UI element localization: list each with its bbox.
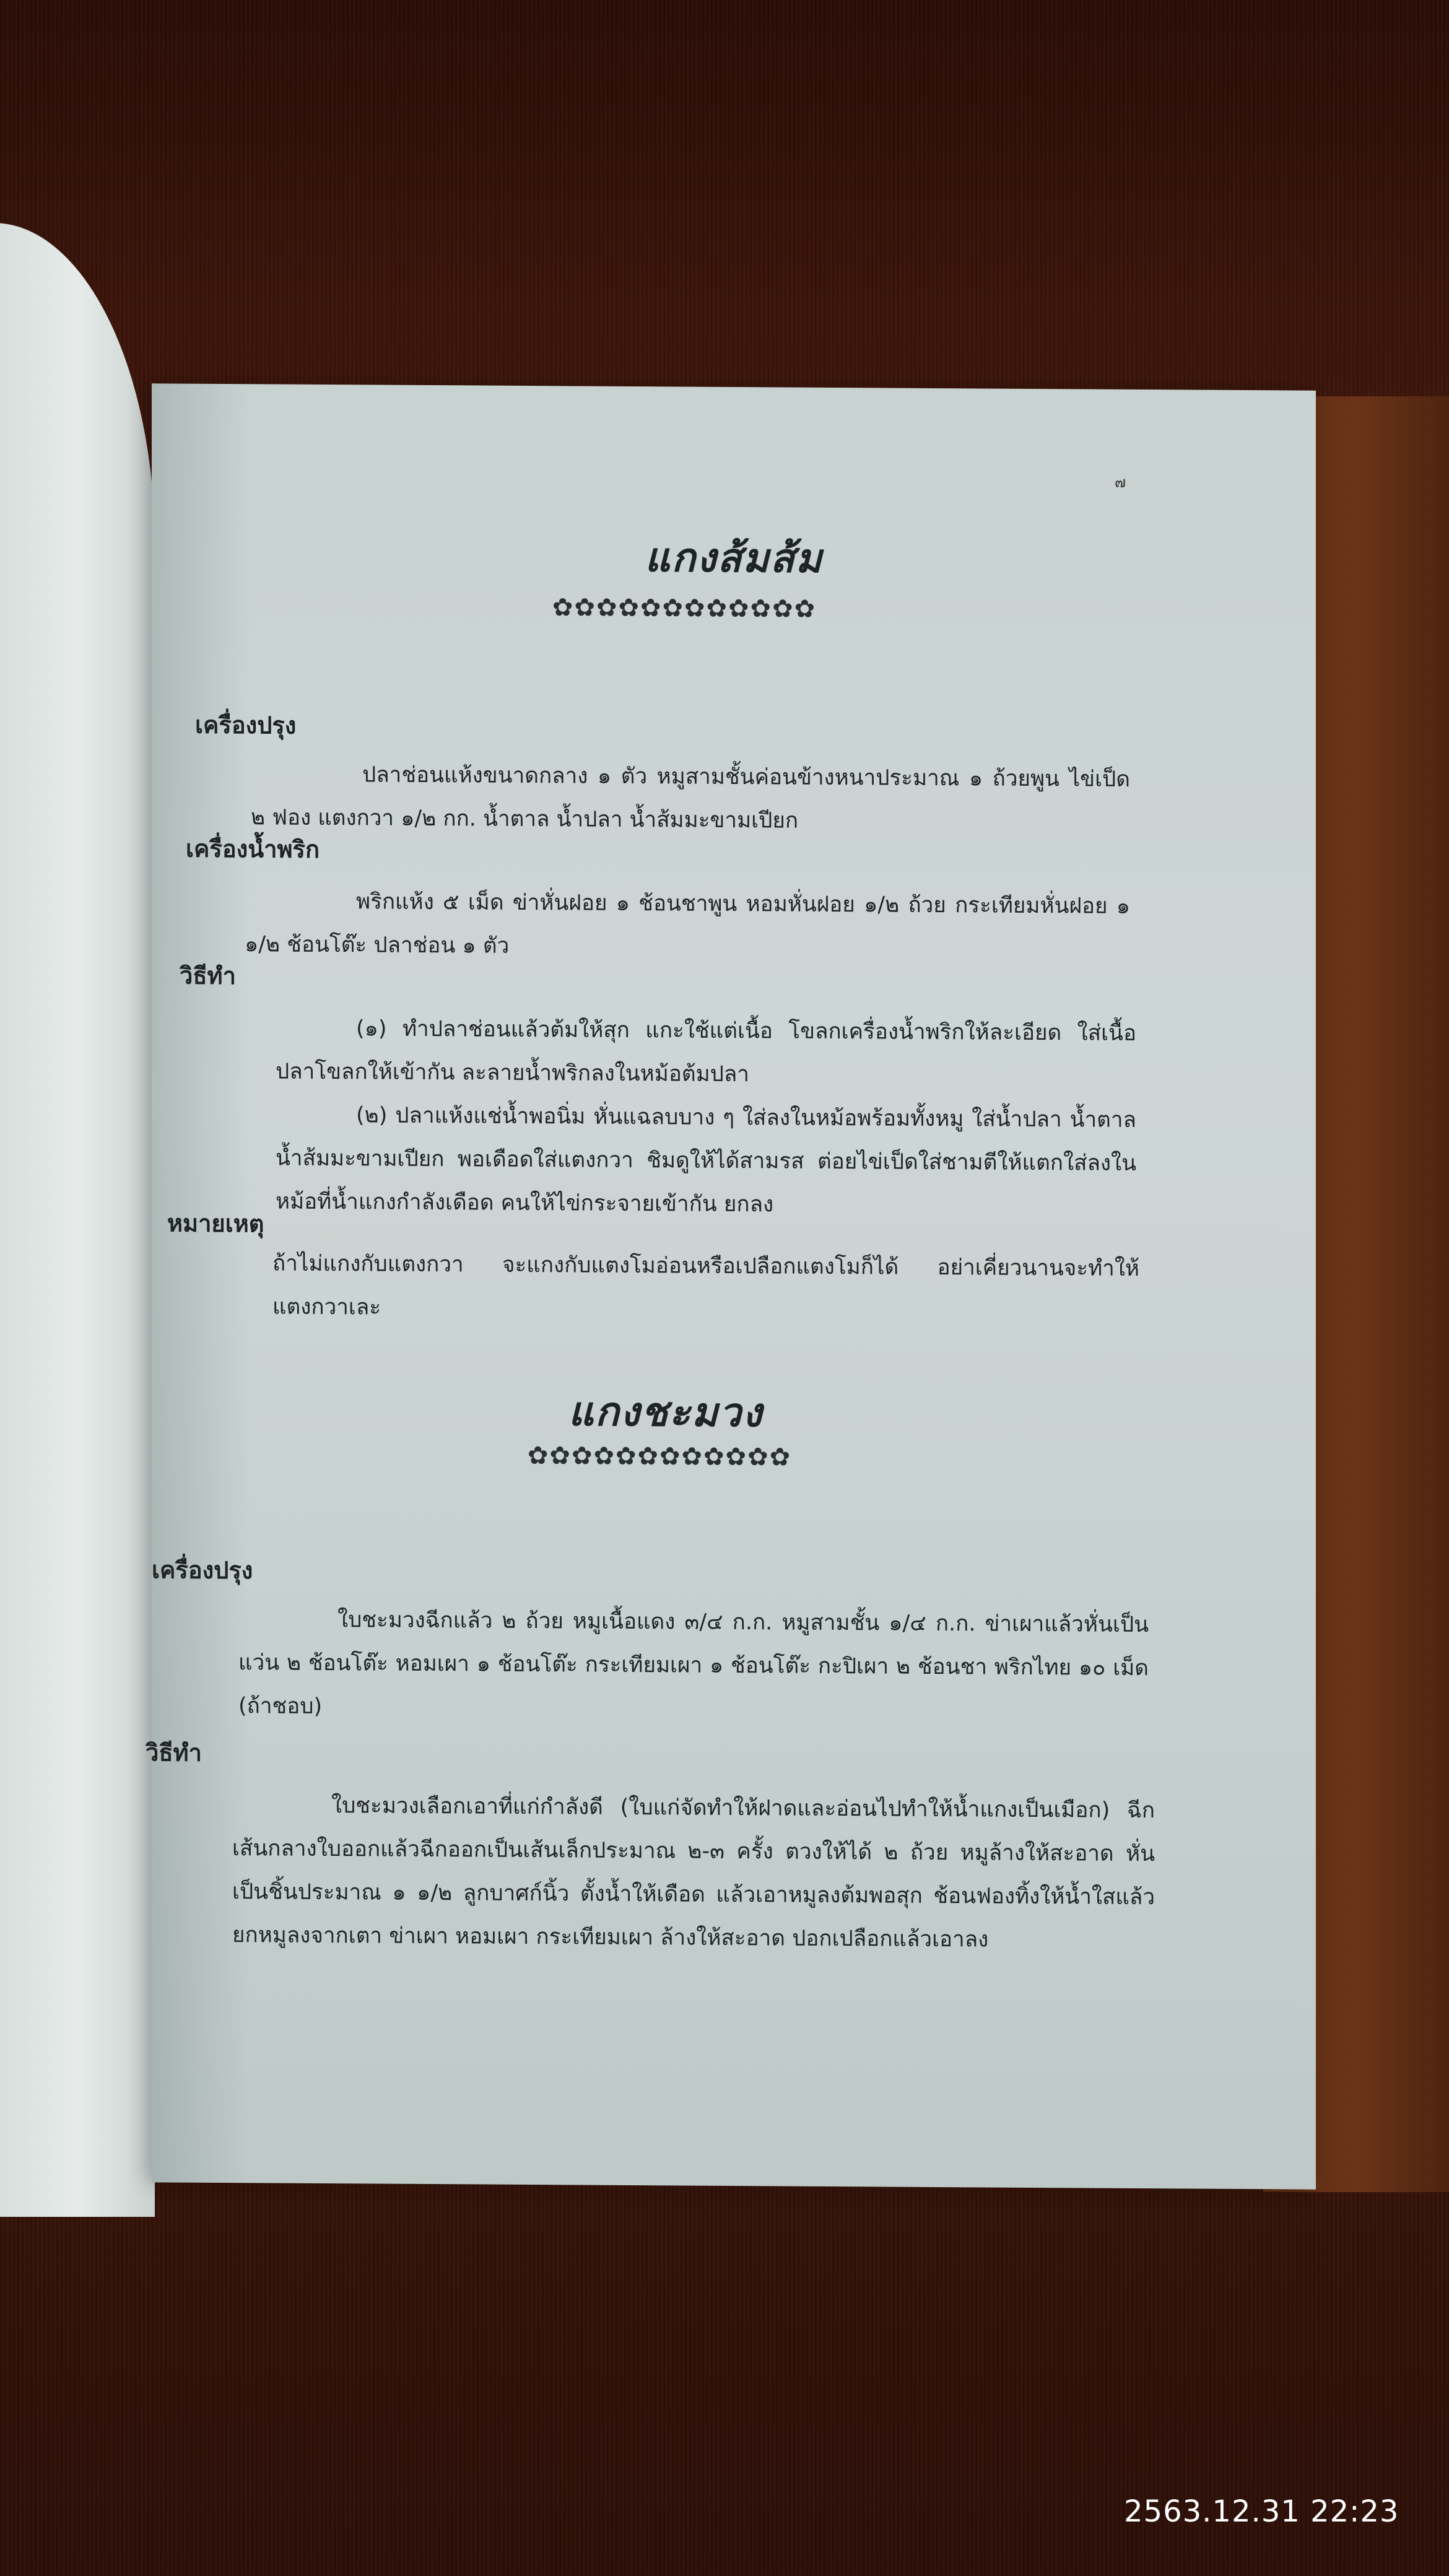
book-page: ๗ แกงส้มส้ม ✿✿✿✿✿✿✿✿✿✿✿✿ เครื่องปรุง ปลา… [152,383,1316,2189]
recipe-title: แกงชะมวง [84,1377,1248,1447]
section-heading-method: วิธีทำ [146,1733,202,1772]
curled-page-edge [0,223,155,2217]
method-text: ใบชะมวงเลือกเอาที่แก่กำลังดี (ใบแก่จัดทำ… [232,1783,1155,1962]
section-heading-method: วิธีทำ [180,957,236,995]
flower-ornament-divider: ✿✿✿✿✿✿✿✿✿✿✿✿ [102,591,1266,626]
note-text: ถ้าไม่แกงกับแตงกวา จะแกงกับแตงโมอ่อนหรือ… [272,1242,1139,1334]
section-heading-ingredients: เครื่องปรุง [195,706,296,744]
method-step-1: (๑) ทำปลาช่อนแล้วต้มให้สุก แกะใช้แต่เนื้… [276,1006,1136,1098]
ingredients-text: ปลาช่อนแห้งขนาดกลาง ๑ ตัว หมูสามชั้นค่อน… [251,752,1130,845]
section-heading-note: หมายเหตุ [167,1204,264,1242]
section-heading-ingredients: เครื่องปรุง [152,1551,253,1589]
chili-paste-text: พริกแห้ง ๕ เม็ด ข่าหั่นฝอย ๑ ช้อนชาพูน ห… [245,879,1130,972]
recipe-title: แกงส้มส้ม [152,523,1316,593]
section-heading-chili-paste: เครื่องน้ำพริก [186,830,320,868]
photo-timestamp: 2563.12.31 22:23 [1124,2494,1399,2529]
ingredients-text: ใบชะมวงฉีกแล้ว ๒ ถ้วย หมูเนื้อแดง ๓/๔ ก.… [238,1598,1149,1733]
page-number: ๗ [1115,470,1126,494]
method-step-2: (๒) ปลาแห้งแช่น้ำพอนิ่ม หั่นแฉลบบาง ๆ ใส… [276,1093,1136,1228]
